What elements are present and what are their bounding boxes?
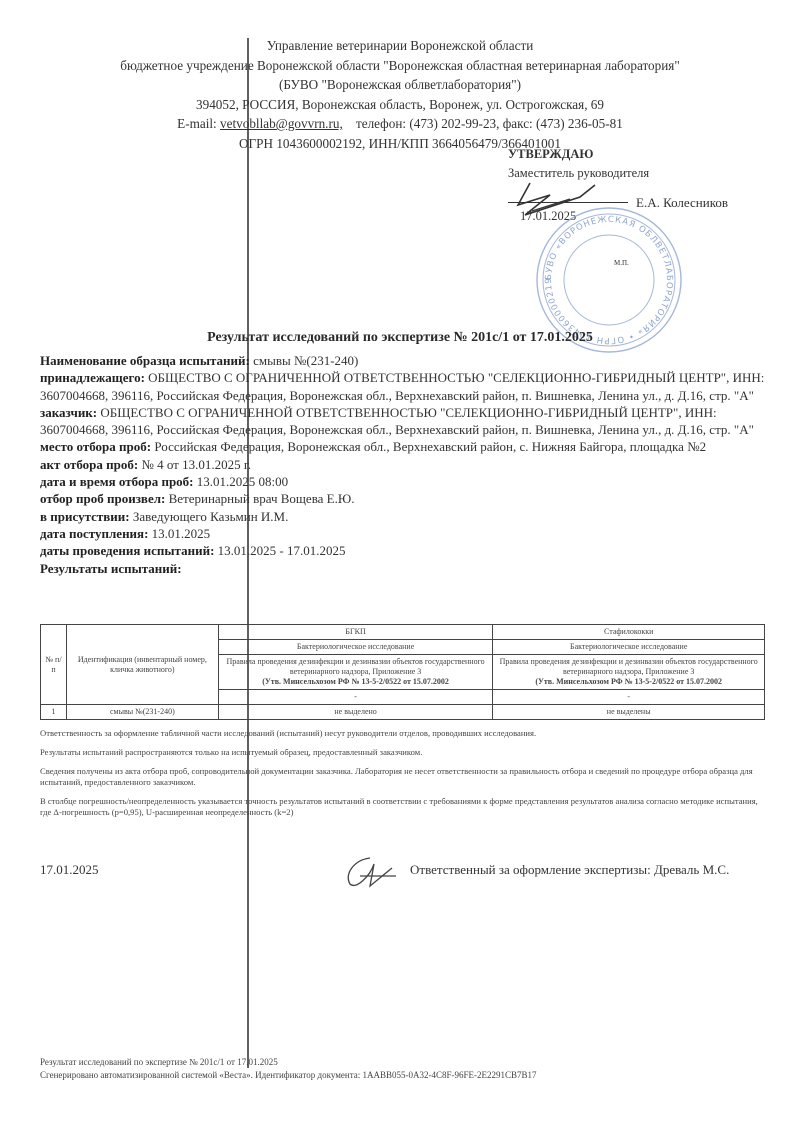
- row-result-1: не выделено: [218, 705, 493, 720]
- email-label: E-mail:: [177, 116, 217, 131]
- notes: Ответственность за оформление табличной …: [40, 728, 770, 818]
- group-2-method: Бактериологическое исследование: [493, 640, 765, 655]
- document-footer: Результат исследований по экспертизе № 2…: [40, 1056, 537, 1082]
- page-title: Результат исследований по экспертизе № 2…: [0, 330, 800, 346]
- responsible-person: Ответственный за оформление экспертизы: …: [410, 862, 729, 878]
- address: 394052, РОССИЯ, Воронежская область, Вор…: [60, 95, 740, 115]
- group-2-unit: -: [493, 690, 765, 705]
- group-1-unit: -: [218, 690, 493, 705]
- contacts: E-mail: vetvobllab@govvrn.ru, телефон: (…: [60, 114, 740, 134]
- col-header-group-2: Стафилококки: [493, 625, 765, 640]
- results-table: № п/п Идентификация (инвентарный номер, …: [40, 624, 765, 720]
- stamp-mp-label: М.П.: [614, 259, 629, 267]
- col-header-id: Идентификация (инвентарный номер, кличка…: [66, 625, 218, 705]
- field-sampling-datetime: дата и время отбора проб: 13.01.2025 08:…: [40, 473, 765, 490]
- note-sampling-info: Сведения получены из акта отбора проб, с…: [40, 766, 770, 788]
- col-header-group-1: БГКП: [218, 625, 493, 640]
- row-result-2: не выделены: [493, 705, 765, 720]
- responsible-signature-icon: [340, 854, 400, 890]
- svg-text:БУВО «ВОРОНЕЖСКАЯ ОБЛВЕТЛАБОРА: БУВО «ВОРОНЕЖСКАЯ ОБЛВЕТЛАБОРАТОРИЯ» • О…: [534, 205, 674, 345]
- institution-short-name: (БУВО "Воронежская облветлаборатория"): [60, 75, 740, 95]
- col-header-num: № п/п: [41, 625, 67, 705]
- field-test-dates: даты проведения испытаний: 13.01.2025 - …: [40, 542, 765, 559]
- note-responsibility: Ответственность за оформление табличной …: [40, 728, 770, 739]
- results-heading: Результаты испытаний:: [40, 560, 765, 577]
- phones: телефон: (473) 202-99-23, факс: (473) 23…: [356, 116, 623, 131]
- authority-name: Управление ветеринарии Воронежской облас…: [60, 36, 740, 56]
- field-witness: в присутствии: Заведующего Казьмин И.М.: [40, 508, 765, 525]
- note-scope: Результаты испытаний распространяются то…: [40, 747, 770, 758]
- group-1-method: Бактериологическое исследование: [218, 640, 493, 655]
- table-row: 1 смывы №(231-240) не выделено не выделе…: [41, 705, 765, 720]
- field-sampling-act: акт отбора проб: № 4 от 13.01.2025 г.: [40, 456, 765, 473]
- institution-name: бюджетное учреждение Воронежской области…: [60, 56, 740, 76]
- note-uncertainty: В столбце погрешность/неопределенность у…: [40, 796, 770, 818]
- table-header-row-names: № п/п Идентификация (инвентарный номер, …: [41, 625, 765, 640]
- footer-doc-ref: Результат исследований по экспертизе № 2…: [40, 1056, 537, 1069]
- field-received-date: дата поступления: 13.01.2025: [40, 525, 765, 542]
- row-id: смывы №(231-240): [66, 705, 218, 720]
- row-num: 1: [41, 705, 67, 720]
- footer-generated-by: Сгенерировано автоматизированной системо…: [40, 1069, 537, 1082]
- group-2-normative: Правила проведения дезинфекции и дезинва…: [493, 655, 765, 690]
- field-sample-name: Наименование образца испытаний: смывы №(…: [40, 352, 765, 369]
- stamp-ring-text: БУВО «ВОРОНЕЖСКАЯ ОБЛВЕТЛАБОРАТОРИЯ» • О…: [534, 205, 674, 345]
- field-owner: принадлежащего: ОБЩЕСТВО С ОГРАНИЧЕННОЙ …: [40, 369, 765, 404]
- field-sampled-by: отбор проб произвел: Ветеринарный врач В…: [40, 490, 765, 507]
- sample-details: Наименование образца испытаний: смывы №(…: [40, 352, 765, 577]
- group-1-normative: Правила проведения дезинфекции и дезинва…: [218, 655, 493, 690]
- email-link[interactable]: vetvobllab@govvrn.ru,: [220, 116, 343, 131]
- footer-date: 17.01.2025: [40, 862, 99, 878]
- letterhead: Управление ветеринарии Воронежской облас…: [60, 36, 740, 153]
- approval-title: УТВЕРЖДАЮ: [508, 145, 768, 164]
- field-customer: заказчик: ОБЩЕСТВО С ОГРАНИЧЕННОЙ ОТВЕТС…: [40, 404, 765, 439]
- field-sampling-place: место отбора проб: Российская Федерация,…: [40, 438, 765, 455]
